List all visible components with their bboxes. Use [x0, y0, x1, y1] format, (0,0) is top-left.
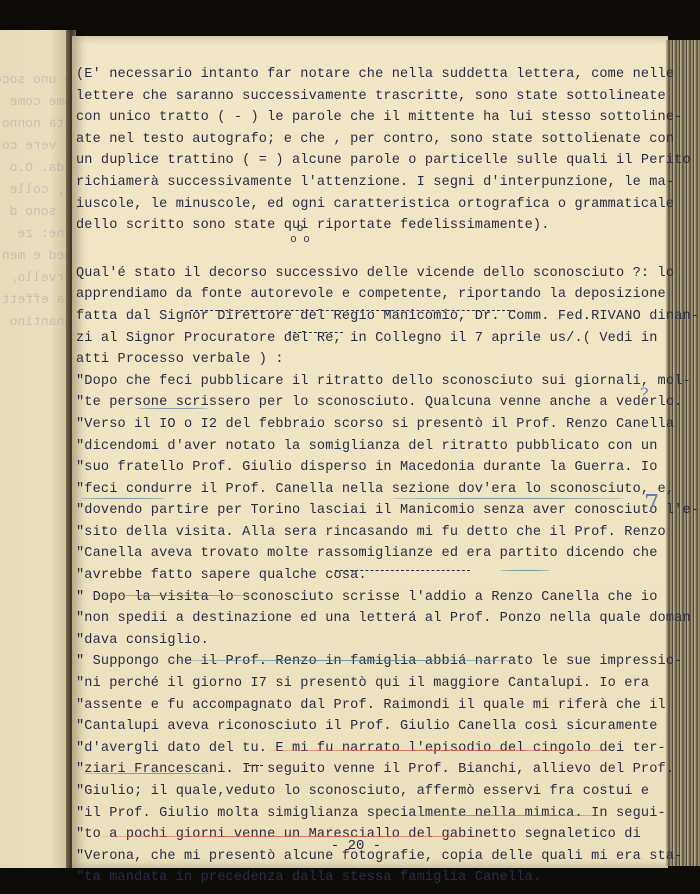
text-line: con unico tratto ( - ) le parole che il … — [76, 107, 636, 129]
ornament-bottom: o o — [285, 235, 315, 246]
pencil-underline-red — [100, 836, 490, 837]
text-line: "il Prof. Giulio molta simiglianza speci… — [76, 803, 636, 825]
text-line: "dovendo partire per Torino lasciai il M… — [76, 500, 636, 522]
text-line: "suo fratello Prof. Giulio disperso in M… — [76, 457, 636, 479]
pencil-underline-blue — [168, 660, 523, 661]
typed-underline — [288, 332, 343, 333]
pencil-underline-red — [82, 773, 212, 774]
text-line: " Suppongo che il Prof. Renzo in famigli… — [76, 651, 636, 673]
text-line: "te persone scrissero per lo sconosciuto… — [76, 392, 636, 414]
bleed-through-text: ervello, — [10, 270, 72, 285]
text-line: (E' necessario intanto far notare che ne… — [76, 64, 636, 86]
text-line: un duplice trattino ( = ) alcune parole … — [76, 150, 636, 172]
text-line: "Canella aveva trovato molte rassomiglia… — [76, 543, 636, 565]
deposition-quote: "Dopo che feci pubblicare il ritratto de… — [76, 371, 636, 889]
text-line: "Cantalupi aveva riconosciuto il Prof. G… — [76, 716, 636, 738]
bleed-through-text: ome come — [10, 94, 72, 109]
bleed-through-text: ī, colle — [10, 182, 72, 197]
text-line: "Giulio; il quale,veduto lo sconosciuto,… — [76, 781, 636, 803]
text-line: "dava consiglio. — [76, 630, 636, 652]
pencil-underline-blue — [138, 408, 208, 409]
note-paragraph: (E' necessario intanto far notare che ne… — [76, 64, 636, 237]
margin-seven-mark: 7 — [644, 490, 659, 518]
left-page: o uno soco ome come ità nonno e vere co … — [0, 30, 72, 868]
bleed-through-text: rne: ze — [17, 226, 72, 241]
text-line: "ziari Francescani. In seguito venne il … — [76, 759, 636, 781]
bleed-through-text: ità nonno — [2, 116, 72, 131]
page-number: - 20 - — [76, 838, 636, 854]
typed-double-underline — [248, 765, 263, 766]
text-line: atti Processo verbale ) : — [76, 349, 636, 371]
typewritten-text: (E' necessario intanto far notare che ne… — [76, 64, 636, 889]
text-line: "avrebbe fatto sapere qualche cosa. — [76, 565, 636, 587]
pencil-underline-blue — [80, 498, 165, 499]
text-line: "ni perché il giorno I7 si presentò qui … — [76, 673, 636, 695]
pencil-underline-red — [412, 815, 607, 816]
text-line: "Dopo che feci pubblicare il ritratto de… — [76, 371, 636, 393]
pencil-underline-blue — [500, 570, 550, 571]
intro-paragraph: Qual'é stato il decorso successivo delle… — [76, 263, 636, 371]
text-line: zi al Signor Procuratore del Re, in Coll… — [76, 328, 636, 350]
text-line: ate nel testo autografo; e che , per con… — [76, 129, 636, 151]
bleed-through-text: hed e men — [2, 248, 72, 263]
pencil-underline-red — [268, 750, 613, 751]
margin-question-mark: ? — [640, 384, 649, 403]
bleed-through-text: ada. O.o — [10, 160, 72, 175]
text-line: "d'avergli dato del tu. E mi fu narrato … — [76, 738, 636, 760]
bleed-through-text: gnantino — [10, 314, 72, 329]
bleed-through-text: 1 sono d — [10, 204, 72, 219]
text-line: "assente e fu accompagnato dal Prof. Rai… — [76, 695, 636, 717]
text-line: "feci condurre il Prof. Canella nella se… — [76, 479, 636, 501]
bleed-through-text: o uno soco — [0, 72, 72, 87]
section-ornament: o o o — [285, 224, 315, 246]
text-line: "ta mandata in precedenza dalla stessa f… — [76, 867, 636, 889]
typed-underline — [335, 570, 470, 571]
text-line: apprendiamo da fonte autorevole e compet… — [76, 284, 636, 306]
text-line: dello scritto sono state qui riportate f… — [76, 215, 636, 237]
text-line: Qual'é stato il decorso successivo delle… — [76, 263, 636, 285]
text-line: "non spedii a destinazione ed una letter… — [76, 608, 636, 630]
text-line: " Dopo la visita lo sconosciuto scrisse … — [76, 587, 636, 609]
text-line: richiamerà successivamente l'attenzione.… — [76, 172, 636, 194]
text-line: "Verso il IO o I2 del febbraio scorso si… — [76, 414, 636, 436]
typed-underline — [190, 310, 515, 311]
bleed-through-text: la effett — [2, 292, 72, 307]
text-line: "dicendomi d'aver notato la somiglianza … — [76, 436, 636, 458]
text-line: iuscole, le minuscole, ed ogni caratteri… — [76, 194, 636, 216]
text-line: lettere che saranno successivamente tras… — [76, 86, 636, 108]
pencil-underline-blue — [90, 595, 260, 596]
text-line: "sito della visita. Alla sera rincasando… — [76, 522, 636, 544]
section-spacer — [76, 237, 636, 263]
bleed-through-text: e vere co — [2, 138, 72, 153]
